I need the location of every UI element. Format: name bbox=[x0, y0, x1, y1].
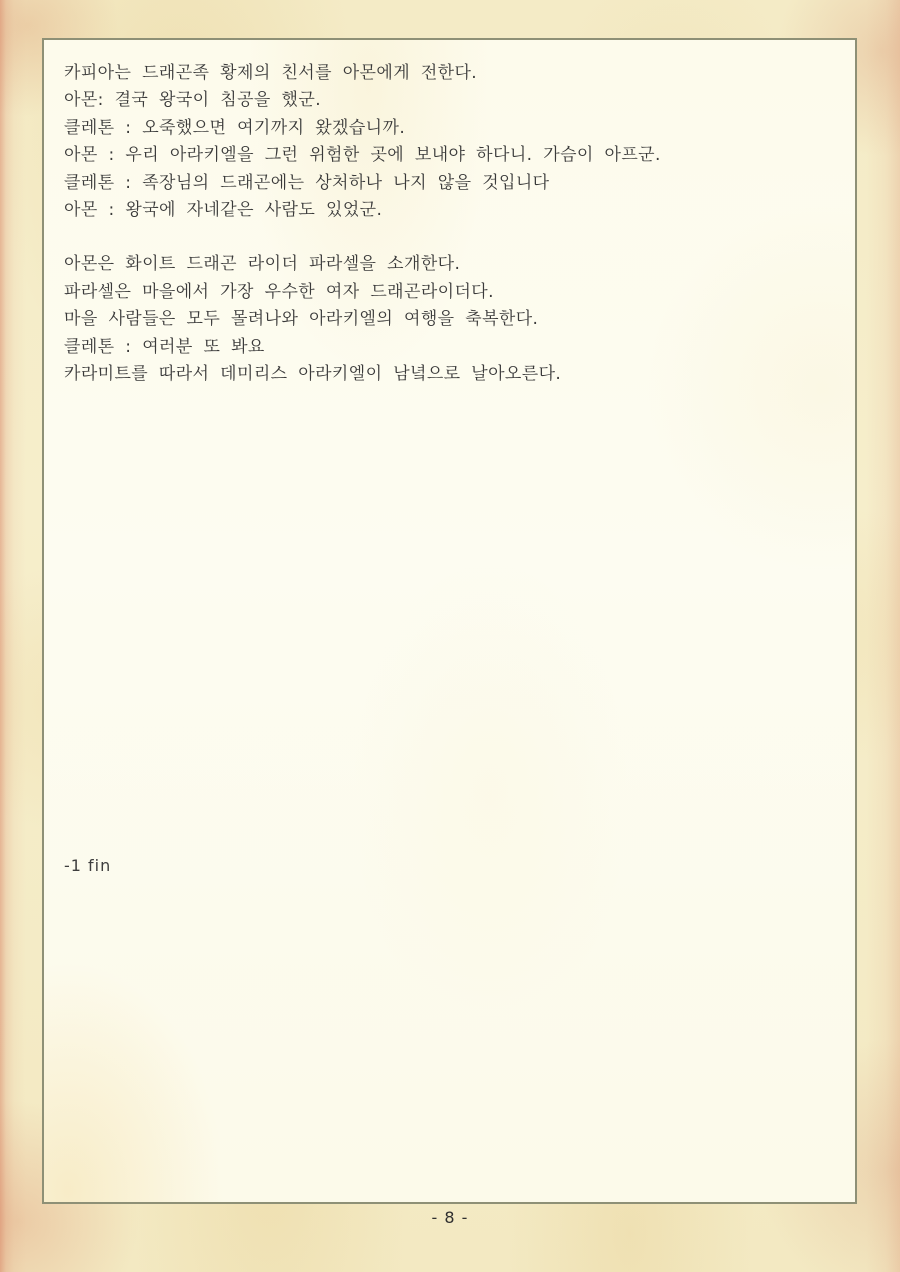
story-line: 아몬은 화이트 드래곤 라이더 파라셀을 소개한다. bbox=[64, 251, 831, 278]
story-line: 마을 사람들은 모두 몰려나와 아라키엘의 여행을 축복한다. bbox=[64, 306, 831, 333]
story-line: 카피아는 드래곤족 황제의 친서를 아몬에게 전한다. bbox=[64, 60, 831, 87]
document-frame: 카피아는 드래곤족 황제의 친서를 아몬에게 전한다. 아몬: 결국 왕국이 침… bbox=[42, 38, 857, 1204]
story-line: 아몬 : 우리 아라키엘을 그런 위험한 곳에 보내야 하다니. 가슴이 아프군… bbox=[64, 142, 831, 169]
story-line: 카라미트를 따라서 데미리스 아라키엘이 남녘으로 날아오른다. bbox=[64, 361, 831, 388]
story-line: 클레톤 : 오죽했으면 여기까지 왔겠습니까. bbox=[64, 115, 831, 142]
footnote-fin: -1 fin bbox=[64, 856, 111, 875]
page-number: - 8 - bbox=[0, 1208, 900, 1227]
story-line: 클레톤 : 여러분 또 봐요 bbox=[64, 334, 831, 361]
story-paragraph-1: 카피아는 드래곤족 황제의 친서를 아몬에게 전한다. 아몬: 결국 왕국이 침… bbox=[64, 60, 831, 224]
story-paragraph-2: 아몬은 화이트 드래곤 라이더 파라셀을 소개한다. 파라셀은 마을에서 가장 … bbox=[64, 251, 831, 388]
story-line: 파라셀은 마을에서 가장 우수한 여자 드래곤라이더다. bbox=[64, 279, 831, 306]
story-line: 아몬: 결국 왕국이 침공을 했군. bbox=[64, 87, 831, 114]
story-line: 아몬 : 왕국에 자네같은 사람도 있었군. bbox=[64, 197, 831, 224]
story-text: 카피아는 드래곤족 황제의 친서를 아몬에게 전한다. 아몬: 결국 왕국이 침… bbox=[64, 60, 831, 415]
aged-paper-background: 카피아는 드래곤족 황제의 친서를 아몬에게 전한다. 아몬: 결국 왕국이 침… bbox=[0, 0, 900, 1272]
story-line: 클레톤 : 족장님의 드래곤에는 상처하나 나지 않을 것입니다 bbox=[64, 170, 831, 197]
